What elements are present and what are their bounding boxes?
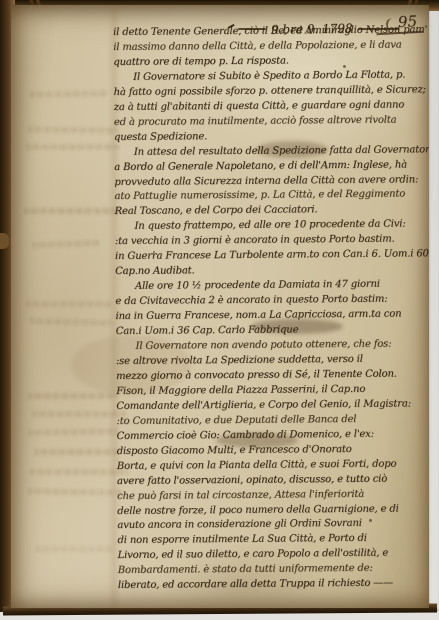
bleedthrough-ghost-text: [31, 411, 127, 417]
manuscript-line: in Guerra Francese La Turbolente arm.to …: [115, 247, 429, 265]
manuscript-line: ina in Guerra Francese, nom.a La Capricc…: [115, 307, 429, 325]
bleedthrough-ghost-text: [35, 546, 113, 552]
manuscript-scan: 9.bre 9. 1798 95 il detto Tenente Genera…: [0, 0, 439, 620]
manuscript-line: Livorno, ed il suo diletto, e caro Popol…: [118, 547, 429, 565]
bleedthrough-ghost-text: [33, 449, 119, 455]
bleedthrough-ghost-text: [27, 488, 123, 496]
bleedthrough-ghost-text: [29, 90, 109, 97]
bleedthrough-ghost-text: [25, 301, 113, 307]
bleedthrough-ghost-text: [25, 144, 119, 150]
text-block: il detto Tenente Generale, ciò il Re, ed…: [113, 23, 429, 594]
binding-cord-bump: [0, 233, 9, 249]
manuscript-line: mezzo giorno à convocato presso di Sé, i…: [116, 367, 429, 385]
manuscript-line: liberato, ed accordare alla detta Truppa…: [118, 576, 429, 594]
bleedthrough-ghost-text: [23, 208, 121, 214]
manuscript-line: Comandante dell'Artiglieria, e Corpo del…: [116, 397, 429, 415]
manuscript-line: Il Governatore non avendo potuto ottener…: [116, 337, 429, 355]
bleedthrough-ghost-text: [29, 469, 129, 475]
bleedthrough-ghost-text: [27, 393, 117, 399]
bleedthrough-ghost-text: [27, 126, 117, 134]
manuscript-line: avere fatto l'osservazioni, opinato, dis…: [117, 472, 429, 490]
manuscript-line: il massimo danno della Città, e della Po…: [113, 38, 429, 56]
bleedthrough-ghost-text: [27, 428, 119, 436]
bleedthrough-ghost-text: [31, 240, 101, 248]
manuscript-line: ed à procurato ma inutilmente, acciò fos…: [114, 113, 429, 131]
manuscript-page: 9.bre 9. 1798 95 il detto Tenente Genera…: [11, 5, 429, 608]
bleedthrough-ghost-text: [29, 318, 113, 326]
